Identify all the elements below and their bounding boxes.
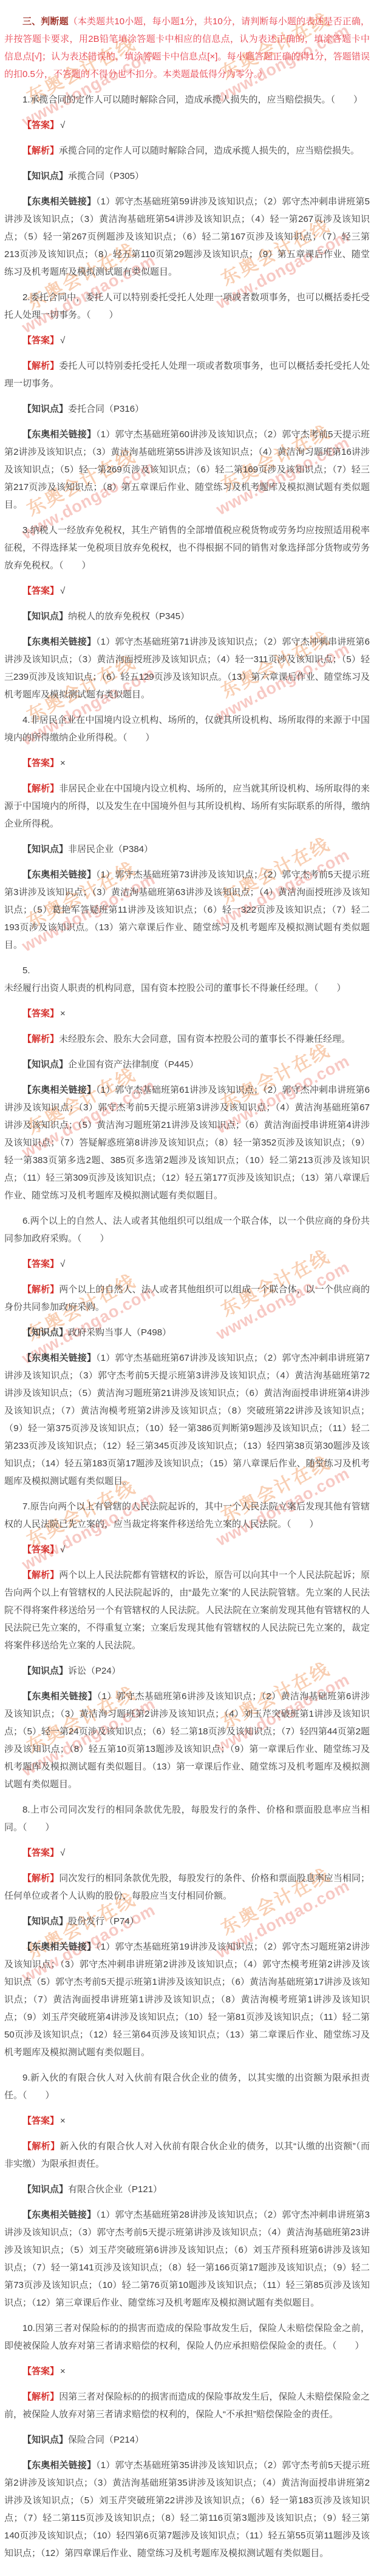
- analysis-row: 【解析】同次发行的相同条款优先股，每股发行的条件、价格和票面股息率应当相同；任何…: [4, 1870, 370, 1905]
- knowledge-point-text: 企业国有资产法律制度（P445）: [68, 1059, 199, 1070]
- answer-value: ×: [59, 758, 66, 768]
- links-row: 【东奥相关链接】（1）郭守杰基础班第71讲涉及该知识点；（2）郭守杰冲刺串讲班第…: [4, 633, 370, 703]
- knowledge-point-text: 保险合同（P214）: [68, 2435, 144, 2445]
- links-text: （1）郭守杰基础班第35讲涉及该知识点；（2）郭守杰考前5天提示班第2讲涉及该知…: [4, 2460, 370, 2558]
- answer-row: 【答案】×: [4, 1005, 370, 1022]
- question-block: 8.上市公司同次发行的相同条款优先股，每股发行的条件、价格和票面股息率应当相同。…: [4, 1801, 370, 2061]
- question-number: 9.: [22, 2073, 30, 2083]
- answer-label: 【答案】: [22, 1259, 59, 1269]
- question-body: 非居民企业在中国境内设立机构、场所的，仅就其所设机构、场所取得的来源于中国境内的…: [4, 715, 370, 743]
- knowledge-point-label: 【知识点】: [22, 2184, 68, 2195]
- knowledge-point-text: 诉讼（P24）: [68, 1666, 121, 1676]
- answer-row: 【答案】√: [4, 1844, 370, 1862]
- question-body: 上市公司同次发行的相同条款优先股，每股发行的条件、价格和票面股息率应当相同。（ …: [4, 1805, 370, 1833]
- knowledge-point-text: 有限合伙企业（P121）: [68, 2184, 162, 2195]
- answer-value: √: [59, 1545, 65, 1555]
- answer-value: ×: [59, 1008, 66, 1019]
- answer-label: 【答案】: [22, 120, 59, 130]
- knowledge-point-text: 政府采购当事人（P498）: [68, 1327, 171, 1338]
- answer-label: 【答案】: [22, 1848, 59, 1858]
- question-text: 10.因第三者对保险标的的损害而造成的保险事故发生后，保险人未赔偿保险金之前，即…: [4, 2319, 370, 2355]
- links-text: （1）郭守杰基础班第60讲涉及该知识点；（2）郭守杰考前5天提示班第2讲涉及该知…: [4, 429, 370, 510]
- analysis-row: 【解析】两个以上人民法院都有管辖权的诉讼，原告可以向其中一个人民法院起诉；原告向…: [4, 1566, 370, 1654]
- knowledge-point-label: 【知识点】: [22, 844, 68, 854]
- question-body: 新入伙的有限合伙人对入伙前有限合伙企业的债务，以其实缴的出资额为限承担责任。（ …: [4, 2073, 370, 2101]
- answer-value: √: [59, 335, 65, 346]
- analysis-label: 【解析】: [22, 361, 59, 371]
- knowledge-point-text: 委托合同（P316）: [68, 404, 144, 414]
- analysis-row: 【解析】新入伙的有限合伙人对入伙前有限合伙企业的债务，以其“认缴的出资额”（而非…: [4, 2138, 370, 2173]
- knowledge-point-label: 【知识点】: [22, 2435, 68, 2445]
- answer-label: 【答案】: [22, 335, 59, 346]
- analysis-row: 【解析】两个以上的自然人、法人或者其他组织可以组成一个联合体，以一个供应商的身份…: [4, 1281, 370, 1316]
- links-row: 【东奥相关链接】（1）郭守杰基础班第35讲涉及该知识点；（2）郭守杰考前5天提示…: [4, 2457, 370, 2562]
- document-content: 三、判断题（本类题共10小题，每小题1分，共10分，请判断每小题的表述是否正确，…: [0, 0, 374, 2576]
- analysis-row: 【解析】非居民企业在中国境内设立机构、场所的，应当就其所设机构、场所取得的来源于…: [4, 780, 370, 833]
- knowledge-point-label: 【知识点】: [22, 1666, 68, 1676]
- links-label: 【东奥相关链接】: [22, 637, 96, 647]
- knowledge-point-row: 【知识点】纳税人的放弃免税权（P345）: [4, 608, 370, 625]
- knowledge-point-label: 【知识点】: [22, 1327, 68, 1338]
- links-label: 【东奥相关链接】: [22, 870, 96, 880]
- analysis-label: 【解析】: [22, 1284, 59, 1295]
- analysis-text: 因第三者对保险标的的损害而造成的保险事故发生后，保险人未赔偿保险金之前，被保险人…: [4, 2392, 370, 2420]
- links-label: 【东奥相关链接】: [22, 2460, 96, 2470]
- analysis-text: 两个以上人民法院都有管辖权的诉讼，原告可以向其中一个人民法院起诉；原告向两个以上…: [4, 1570, 370, 1651]
- question-number: 7.: [22, 1501, 30, 1512]
- links-row: 【东奥相关链接】（1）郭守杰基础班第19讲涉及该知识点；（2）郭守杰习题班第2讲…: [4, 1938, 370, 2061]
- question-text: 1.承揽合同的定作人可以随时解除合同，造成承揽人损失的，应当赔偿损失。（ ）: [4, 91, 370, 109]
- question-text: 3.纳税人一经放弃免税权，其生产销售的全部增值税应税货物或劳务均应按照适用税率征…: [4, 522, 370, 574]
- links-text: （1）郭守杰基础班第59讲涉及该知识点；（2）郭守杰冲刺串讲班第5讲涉及该知识点…: [4, 196, 370, 277]
- question-body: 承揽合同的定作人可以随时解除合同，造成承揽人损失的，应当赔偿损失。（ ）: [30, 95, 363, 105]
- knowledge-point-row: 【知识点】股份发行（P74）: [4, 1913, 370, 1930]
- question-body: 两个以上的自然人、法人或者其他组织可以组成一个联合体，以一个供应商的身份共同参加…: [4, 1216, 370, 1244]
- knowledge-point-label: 【知识点】: [22, 1059, 68, 1070]
- links-text: （1）郭守杰基础班第19讲涉及该知识点；（2）郭守杰习题班第2讲涉及该知识点；（…: [4, 1942, 370, 2058]
- links-label: 【东奥相关链接】: [22, 196, 96, 207]
- question-block: 10.因第三者对保险标的的损害而造成的保险事故发生后，保险人未赔偿保险金之前，即…: [4, 2319, 370, 2562]
- question-body: 纳税人一经放弃免税权，其生产销售的全部增值税应税货物或劳务均应按照适用税率征税，…: [4, 525, 370, 571]
- knowledge-point-row: 【知识点】诉讼（P24）: [4, 1662, 370, 1680]
- analysis-label: 【解析】: [22, 2392, 59, 2402]
- answer-value: √: [59, 120, 65, 130]
- links-text: （1）郭守杰基础班第6讲涉及该知识点；（2）黄洁洵基础班第6讲涉及该知识点；（3…: [4, 1691, 370, 1789]
- answer-row: 【答案】√: [4, 1541, 370, 1558]
- analysis-label: 【解析】: [22, 1034, 59, 1044]
- analysis-row: 【解析】承揽合同的定作人可以随时解除合同，造成承揽人损失的，应当赔偿损失。: [4, 142, 370, 159]
- answer-row: 【答案】√: [4, 582, 370, 600]
- knowledge-point-row: 【知识点】政府采购当事人（P498）: [4, 1324, 370, 1341]
- answer-label: 【答案】: [22, 2366, 59, 2376]
- question-number: 8.: [22, 1805, 30, 1815]
- exam-page: 东奥会计在线www.dongao.com东奥会计在线www.dongao.com…: [0, 0, 374, 2576]
- question-number: 1.: [22, 95, 30, 105]
- answer-value: ×: [59, 2366, 66, 2376]
- question-body: 因第三者对保险标的的损害而造成的保险事故发生后，保险人未赔偿保险金之前，即使被保…: [4, 2323, 370, 2351]
- links-label: 【东奥相关链接】: [22, 2210, 96, 2220]
- question-text: 7.原告向两个以上有管辖的人民法院起诉的，其中一个人民法院立案后发现其他有管辖权…: [4, 1498, 370, 1533]
- analysis-row: 【解析】未经股东会、股东大会同意，国有资本控股公司的董事长不得兼任经理。: [4, 1030, 370, 1048]
- question-number: 2.: [22, 292, 30, 303]
- links-label: 【东奥相关链接】: [22, 1085, 96, 1095]
- question-number: 10.: [22, 2323, 35, 2333]
- answer-row: 【答案】×: [4, 2363, 370, 2380]
- analysis-label: 【解析】: [22, 2141, 60, 2152]
- answer-value: √: [59, 1259, 65, 1269]
- knowledge-point-label: 【知识点】: [22, 171, 68, 181]
- knowledge-point-text: 承揽合同（P305）: [68, 171, 144, 181]
- question-number: 4.: [22, 715, 30, 725]
- answer-row: 【答案】√: [4, 1255, 370, 1273]
- analysis-label: 【解析】: [22, 146, 59, 156]
- links-text: （1）郭守杰基础班第67讲涉及该知识点；（2）郭守杰冲刺串讲班第7讲涉及该知识点…: [4, 1353, 370, 1486]
- links-text: （1）郭守杰基础班第73讲涉及该知识点；（2）郭守杰考前5天提示班第3讲涉及该知…: [4, 870, 370, 950]
- knowledge-point-text: 非居民企业（P384）: [68, 844, 153, 854]
- knowledge-point-row: 【知识点】委托合同（P316）: [4, 400, 370, 418]
- question-block: 1.承揽合同的定作人可以随时解除合同，造成承揽人损失的，应当赔偿损失。（ ） 【…: [4, 91, 370, 281]
- links-row: 【东奥相关链接】（1）郭守杰基础班第28讲涉及该知识点；（2）郭守杰冲刺串讲班第…: [4, 2206, 370, 2312]
- answer-label: 【答案】: [22, 758, 59, 768]
- links-label: 【东奥相关链接】: [22, 1353, 96, 1363]
- knowledge-point-row: 【知识点】有限合伙企业（P121）: [4, 2181, 370, 2198]
- question-block: 6.两个以上的自然人、法人或者其他组织可以组成一个联合体，以一个供应商的身份共同…: [4, 1212, 370, 1490]
- question-text: 2.委托合同中，委托人可以特别委托受托人处理一项或者数项事务，也可以概括委托受托…: [4, 289, 370, 324]
- section-header: 三、判断题（本类题共10小题，每小题1分，共10分，请判断每小题的表述是否正确，…: [4, 13, 370, 83]
- question-text: 5.未经履行出资人职责的机构同意，国有资本控股公司的董事长不得兼任经理。（ ）: [4, 962, 370, 997]
- question-body: 原告向两个以上有管辖的人民法院起诉的，其中一个人民法院立案后发现其他有管辖权的人…: [4, 1501, 370, 1529]
- answer-row: 【答案】√: [4, 332, 370, 349]
- question-block: 9.新入伙的有限合伙人对入伙前有限合伙企业的债务，以其实缴的出资额为限承担责任。…: [4, 2069, 370, 2312]
- answer-value: √: [59, 586, 65, 596]
- question-number: 5.: [22, 965, 30, 976]
- question-text: 4.非居民企业在中国境内设立机构、场所的，仅就其所设机构、场所取得的来源于中国境…: [4, 711, 370, 746]
- links-text: （1）郭守杰基础班第61讲涉及该知识点；（2）郭守杰冲刺串讲班第6讲涉及该知识点…: [4, 1085, 370, 1201]
- section-title: 三、判断题: [22, 16, 69, 27]
- question-text: 9.新入伙的有限合伙人对入伙前有限合伙企业的债务，以其实缴的出资额为限承担责任。…: [4, 2069, 370, 2104]
- links-text: （1）郭守杰基础班第28讲涉及该知识点；（2）郭守杰冲刺串讲班第3讲涉及该知识点…: [4, 2210, 370, 2308]
- links-label: 【东奥相关链接】: [22, 429, 96, 440]
- knowledge-point-label: 【知识点】: [22, 611, 68, 622]
- answer-label: 【答案】: [22, 2116, 59, 2126]
- knowledge-point-label: 【知识点】: [22, 1916, 68, 1927]
- question-body: 委托合同中，委托人可以特别委托受托人处理一项或者数项事务，也可以概括委托受托人处…: [4, 292, 370, 320]
- question-block: 5.未经履行出资人职责的机构同意，国有资本控股公司的董事长不得兼任经理。（ ） …: [4, 962, 370, 1204]
- links-row: 【东奥相关链接】（1）郭守杰基础班第73讲涉及该知识点；（2）郭守杰考前5天提示…: [4, 866, 370, 954]
- question-text: 6.两个以上的自然人、法人或者其他组织可以组成一个联合体，以一个供应商的身份共同…: [4, 1212, 370, 1247]
- question-number: 3.: [22, 525, 30, 535]
- links-row: 【东奥相关链接】（1）郭守杰基础班第59讲涉及该知识点；（2）郭守杰冲刺串讲班第…: [4, 193, 370, 281]
- knowledge-point-row: 【知识点】保险合同（P214）: [4, 2431, 370, 2449]
- links-row: 【东奥相关链接】（1）郭守杰基础班第6讲涉及该知识点；（2）黄洁洵基础班第6讲涉…: [4, 1688, 370, 1793]
- analysis-text: 承揽合同的定作人可以随时解除合同，造成承揽人损失的，应当赔偿损失。: [59, 146, 359, 156]
- question-block: 7.原告向两个以上有管辖的人民法院起诉的，其中一个人民法院立案后发现其他有管辖权…: [4, 1498, 370, 1793]
- analysis-label: 【解析】: [22, 1570, 59, 1580]
- analysis-text: 同次发行的相同条款优先股，每股发行的条件、价格和票面股息率应当相同；任何单位或者…: [4, 1873, 370, 1901]
- analysis-row: 【解析】因第三者对保险标的的损害而造成的保险事故发生后，保险人未赔偿保险金之前，…: [4, 2388, 370, 2423]
- question-number: 6.: [22, 1216, 30, 1226]
- answer-label: 【答案】: [22, 586, 59, 596]
- question-text: 8.上市公司同次发行的相同条款优先股，每股发行的条件、价格和票面股息率应当相同。…: [4, 1801, 370, 1836]
- links-row: 【东奥相关链接】（1）郭守杰基础班第61讲涉及该知识点；（2）郭守杰冲刺串讲班第…: [4, 1081, 370, 1204]
- knowledge-point-row: 【知识点】承揽合同（P305）: [4, 167, 370, 185]
- analysis-row: 【解析】委托人可以特别委托受托人处理一项或者数项事务，也可以概括委托受托人处理一…: [4, 357, 370, 392]
- answer-value: √: [59, 1848, 65, 1858]
- answer-label: 【答案】: [22, 1008, 59, 1019]
- knowledge-point-row: 【知识点】企业国有资产法律制度（P445）: [4, 1056, 370, 1073]
- links-row: 【东奥相关链接】（1）郭守杰基础班第67讲涉及该知识点；（2）郭守杰冲刺串讲班第…: [4, 1349, 370, 1490]
- question-body: 未经履行出资人职责的机构同意，国有资本控股公司的董事长不得兼任经理。（ ）: [4, 983, 346, 993]
- analysis-label: 【解析】: [22, 783, 59, 794]
- answer-row: 【答案】×: [4, 754, 370, 772]
- analysis-text: 两个以上的自然人、法人或者其他组织可以组成一个联合体，以一个供应商的身份共同参加…: [4, 1284, 370, 1312]
- links-row: 【东奥相关链接】（1）郭守杰基础班第60讲涉及该知识点；（2）郭守杰考前5天提示…: [4, 426, 370, 514]
- question-block: 4.非居民企业在中国境内设立机构、场所的，仅就其所设机构、场所取得的来源于中国境…: [4, 711, 370, 954]
- knowledge-point-label: 【知识点】: [22, 404, 68, 414]
- analysis-text: 非居民企业在中国境内设立机构、场所的，应当就其所设机构、场所取得的来源于中国境内…: [4, 783, 370, 829]
- answer-value: ×: [59, 2116, 66, 2126]
- links-label: 【东奥相关链接】: [22, 1691, 97, 1702]
- answer-label: 【答案】: [22, 1545, 59, 1555]
- links-label: 【东奥相关链接】: [22, 1942, 96, 1952]
- knowledge-point-text: 股份发行（P74）: [68, 1916, 139, 1927]
- answer-row: 【答案】√: [4, 116, 370, 134]
- question-block: 2.委托合同中，委托人可以特别委托受托人处理一项或者数项事务，也可以概括委托受托…: [4, 289, 370, 514]
- knowledge-point-row: 【知识点】非居民企业（P384）: [4, 840, 370, 858]
- knowledge-point-text: 纳税人的放弃免税权（P345）: [68, 611, 189, 622]
- analysis-text: 未经股东会、股东大会同意，国有资本控股公司的董事长不得兼任经理。: [59, 1034, 350, 1044]
- analysis-label: 【解析】: [22, 1873, 59, 1883]
- answer-row: 【答案】×: [4, 2112, 370, 2130]
- analysis-text: 委托人可以特别委托受托人处理一项或者数项事务，也可以概括委托受托人处理一切事务。: [4, 361, 370, 389]
- question-block: 3.纳税人一经放弃免税权，其生产销售的全部增值税应税货物或劳务均应按照适用税率征…: [4, 522, 370, 703]
